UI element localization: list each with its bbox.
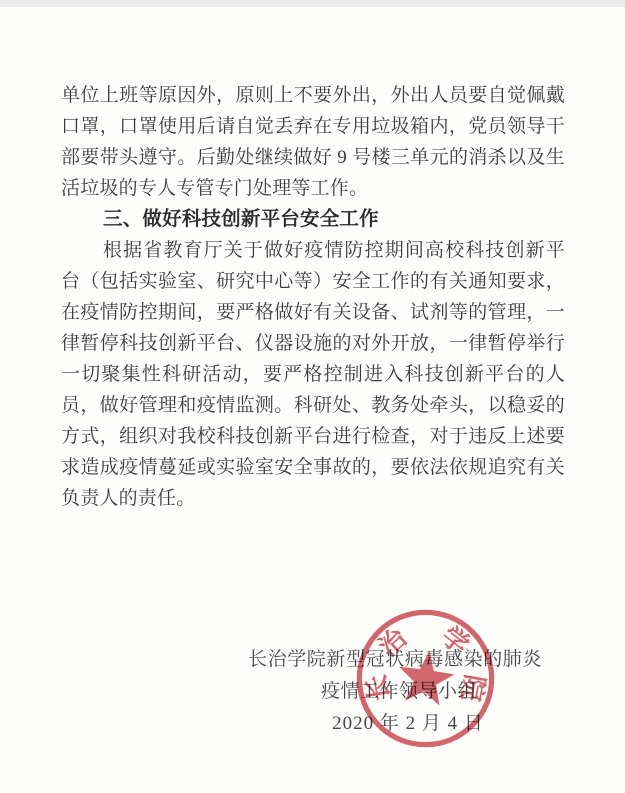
document-line: 求造成疫情蔓延或实验室安全事故的，要依法依规追究有关 [61,452,565,483]
signature-block: 长治学院新型冠状病毒感染的肺炎 疫情工作领导小组 2020 年 2 月 4 日 [248,644,550,740]
signature-date: 2020 年 2 月 4 日 [248,708,550,740]
document-line: 律暂停科技创新平台、仪器设施的对外开放，一律暂停举行 [61,328,565,359]
scan-edge-strip [0,0,625,7]
document-line: 口罩，口罩使用后请自觉丢弃在专用垃圾箱内，党员领导干 [61,111,565,142]
document-line: 员，做好管理和疫情监测。科研处、教务处牵头，以稳妥的 [61,390,565,421]
document-line: 三、做好科技创新平台安全工作 [61,204,565,235]
signature-organization-line1: 长治学院新型冠状病毒感染的肺炎 [248,644,550,676]
document-line: 单位上班等原因外，原则上不要外出，外出人员要自觉佩戴 [61,80,565,111]
document-line: 负责人的责任。 [61,483,565,514]
document-line: 部要带头遵守。后勤处继续做好 9 号楼三单元的消杀以及生 [61,142,565,173]
document-line: 台（包括实验室、研究中心等）安全工作的有关通知要求， [61,266,565,297]
document-line: 在疫情防控期间，要严格做好有关设备、试剂等的管理，一 [61,297,565,328]
scanned-document-page: 单位上班等原因外，原则上不要外出，外出人员要自觉佩戴口罩，口罩使用后请自觉丢弃在… [0,0,625,793]
document-line: 根据省教育厅关于做好疫情防控期间高校科技创新平 [61,235,565,266]
document-body: 单位上班等原因外，原则上不要外出，外出人员要自觉佩戴口罩，口罩使用后请自觉丢弃在… [61,80,565,514]
document-line: 活垃圾的专人专管专门处理等工作。 [61,173,565,204]
document-line: 一切聚集性科研活动，要严格控制进入科技创新平台的人 [61,359,565,390]
signature-organization-line2: 疫情工作领导小组 [248,676,550,708]
document-line: 方式，组织对我校科技创新平台进行检查，对于违反上述要 [61,421,565,452]
